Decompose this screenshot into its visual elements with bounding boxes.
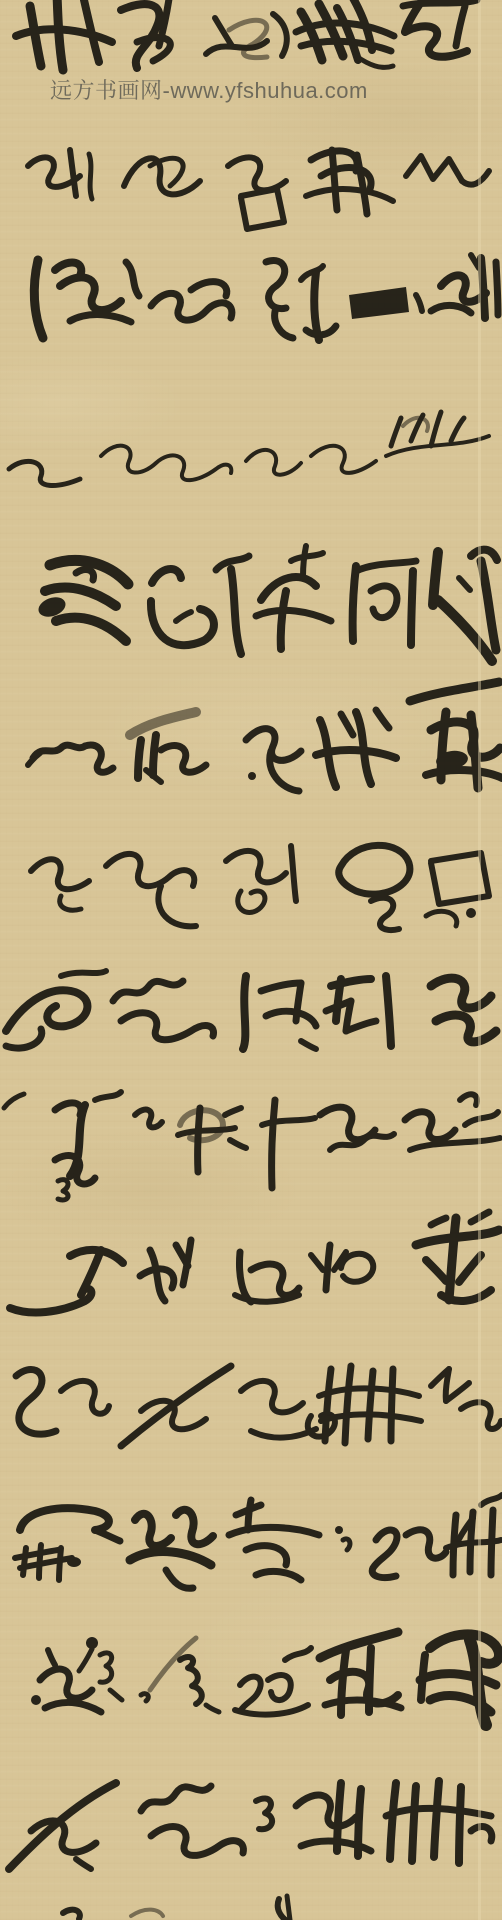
ink-band-14	[9, 1781, 492, 1869]
ink-band-2	[28, 150, 489, 229]
ink-band-12	[15, 1495, 502, 1588]
calligraphy-scroll-photo: 远方书画网-www.yfshuhua.com	[0, 0, 502, 1920]
ink-band-5	[36, 546, 497, 661]
ink-band-6	[28, 682, 502, 791]
ink-band-10	[10, 1212, 499, 1312]
ink-band-7	[31, 845, 489, 930]
ink-band-3	[34, 255, 498, 340]
ink-band-11	[16, 1366, 501, 1446]
ink-band-8	[6, 971, 496, 1049]
watermark-text: 远方书画网-www.yfshuhua.com	[50, 78, 368, 104]
calligraphy-ink-layer	[0, 0, 502, 1920]
ink-band-4	[9, 412, 489, 485]
ink-band-9	[4, 1092, 500, 1200]
ink-band-15	[63, 1896, 290, 1920]
ink-band-13	[31, 1632, 499, 1725]
ink-band-1	[16, 0, 477, 70]
